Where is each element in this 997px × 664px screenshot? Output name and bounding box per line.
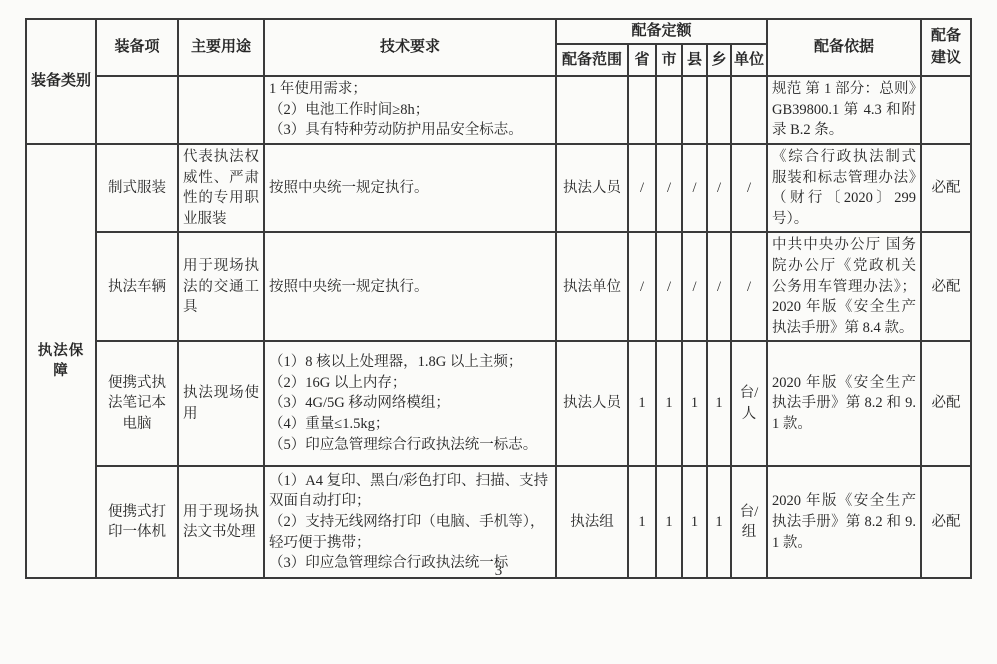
cell-purpose: 代表执法权威性、严肃性的专用职业服装 <box>178 144 264 232</box>
cell-basis: 规范 第 1 部分：总则》GB39800.1 第 4.3 和附录 B.2 条。 <box>767 76 921 144</box>
cell-scope <box>556 76 628 144</box>
cell-quota-county: / <box>682 232 707 341</box>
cell-item: 便携式打印一体机 <box>96 466 178 578</box>
cell-suggestion: 必配 <box>921 144 971 232</box>
cell-quota-township <box>707 76 731 144</box>
cell-tech: （1）A4 复印、黑白/彩色打印、扫描、支持双面自动打印； （2）支持无线网络打… <box>264 466 556 578</box>
header-row-top: 装备类别 装备项 主要用途 技术要求 配备定额 配备依据 配备建议 <box>26 19 971 44</box>
cell-quota-unit: / <box>731 144 767 232</box>
cell-quota-county <box>682 76 707 144</box>
table-row-vehicle: 执法车辆 用于现场执法的交通工具 按照中央统一规定执行。 执法单位 / / / … <box>26 232 971 341</box>
cell-basis: 《综合行政执法制式服装和标志管理办法》（财行〔2020〕299 号）。 <box>767 144 921 232</box>
cell-suggestion <box>921 76 971 144</box>
cell-quota-county: 1 <box>682 466 707 578</box>
table-row-laptop: 便携式执法笔记本电脑 执法现场使用 （1）8 核以上处理器，1.8G 以上主频；… <box>26 341 971 466</box>
cell-quota-county: / <box>682 144 707 232</box>
cell-item: 制式服装 <box>96 144 178 232</box>
cell-scope: 执法组 <box>556 466 628 578</box>
cell-basis: 中共中央办公厅 国务院办公厅《党政机关公务用车管理办法》；2020 年版《安全生… <box>767 232 921 341</box>
cell-scope: 执法人员 <box>556 144 628 232</box>
cell-quota-city: 1 <box>656 466 682 578</box>
cell-quota-city: / <box>656 144 682 232</box>
document-page: 装备类别 装备项 主要用途 技术要求 配备定额 配备依据 配备建议 配备范围 省… <box>0 0 997 664</box>
cell-basis: 2020 年版《安全生产执法手册》第 8.2 和 9.1 款。 <box>767 466 921 578</box>
cell-quota-unit <box>731 76 767 144</box>
cell-item <box>96 76 178 144</box>
cell-scope: 执法人员 <box>556 341 628 466</box>
cell-quota-county: 1 <box>682 341 707 466</box>
cell-quota-city <box>656 76 682 144</box>
cell-tech: （1）8 核以上处理器，1.8G 以上主频； （2）16G 以上内存； （3）4… <box>264 341 556 466</box>
cell-scope: 执法单位 <box>556 232 628 341</box>
col-header-county: 县 <box>682 44 707 76</box>
col-header-category: 装备类别 <box>26 19 96 144</box>
cell-suggestion: 必配 <box>921 341 971 466</box>
col-header-township: 乡 <box>707 44 731 76</box>
cell-purpose <box>178 76 264 144</box>
cell-quota-township: 1 <box>707 341 731 466</box>
col-header-basis: 配备依据 <box>767 19 921 76</box>
col-header-province: 省 <box>628 44 656 76</box>
cell-purpose: 用于现场执法文书处理 <box>178 466 264 578</box>
cell-quota-city: 1 <box>656 341 682 466</box>
equipment-allocation-table: 装备类别 装备项 主要用途 技术要求 配备定额 配备依据 配备建议 配备范围 省… <box>25 18 972 579</box>
col-header-suggestion: 配备建议 <box>921 19 971 76</box>
cell-purpose: 执法现场使用 <box>178 341 264 466</box>
table-row-continuation: 1 年使用需求； （2）电池工作时间≥8h； （3）具有特种劳动防护用品安全标志… <box>26 76 971 144</box>
col-header-city: 市 <box>656 44 682 76</box>
cell-item: 执法车辆 <box>96 232 178 341</box>
cell-quota-township: / <box>707 144 731 232</box>
col-header-tech: 技术要求 <box>264 19 556 76</box>
page-number: 3 <box>0 563 997 580</box>
cell-suggestion: 必配 <box>921 466 971 578</box>
cell-quota-township: / <box>707 232 731 341</box>
cell-quota-city: / <box>656 232 682 341</box>
cell-quota-province: 1 <box>628 341 656 466</box>
cell-quota-province: / <box>628 144 656 232</box>
cell-quota-township: 1 <box>707 466 731 578</box>
cell-category-label: 执法保障 <box>26 144 96 578</box>
col-header-quota-group: 配备定额 <box>556 19 767 44</box>
cell-suggestion: 必配 <box>921 232 971 341</box>
cell-basis: 2020 年版《安全生产执法手册》第 8.2 和 9.1 款。 <box>767 341 921 466</box>
col-header-scope: 配备范围 <box>556 44 628 76</box>
col-header-unit: 单位 <box>731 44 767 76</box>
cell-tech: 1 年使用需求； （2）电池工作时间≥8h； （3）具有特种劳动防护用品安全标志… <box>264 76 556 144</box>
cell-tech: 按照中央统一规定执行。 <box>264 144 556 232</box>
cell-quota-province: 1 <box>628 466 656 578</box>
col-header-item: 装备项 <box>96 19 178 76</box>
cell-tech: 按照中央统一规定执行。 <box>264 232 556 341</box>
cell-quota-unit: / <box>731 232 767 341</box>
cell-quota-unit: 台/人 <box>731 341 767 466</box>
cell-purpose: 用于现场执法的交通工具 <box>178 232 264 341</box>
table-row-uniform: 执法保障 制式服装 代表执法权威性、严肃性的专用职业服装 按照中央统一规定执行。… <box>26 144 971 232</box>
cell-quota-province: / <box>628 232 656 341</box>
cell-item: 便携式执法笔记本电脑 <box>96 341 178 466</box>
cell-quota-province <box>628 76 656 144</box>
table-row-printer: 便携式打印一体机 用于现场执法文书处理 （1）A4 复印、黑白/彩色打印、扫描、… <box>26 466 971 578</box>
cell-quota-unit: 台/组 <box>731 466 767 578</box>
col-header-purpose: 主要用途 <box>178 19 264 76</box>
